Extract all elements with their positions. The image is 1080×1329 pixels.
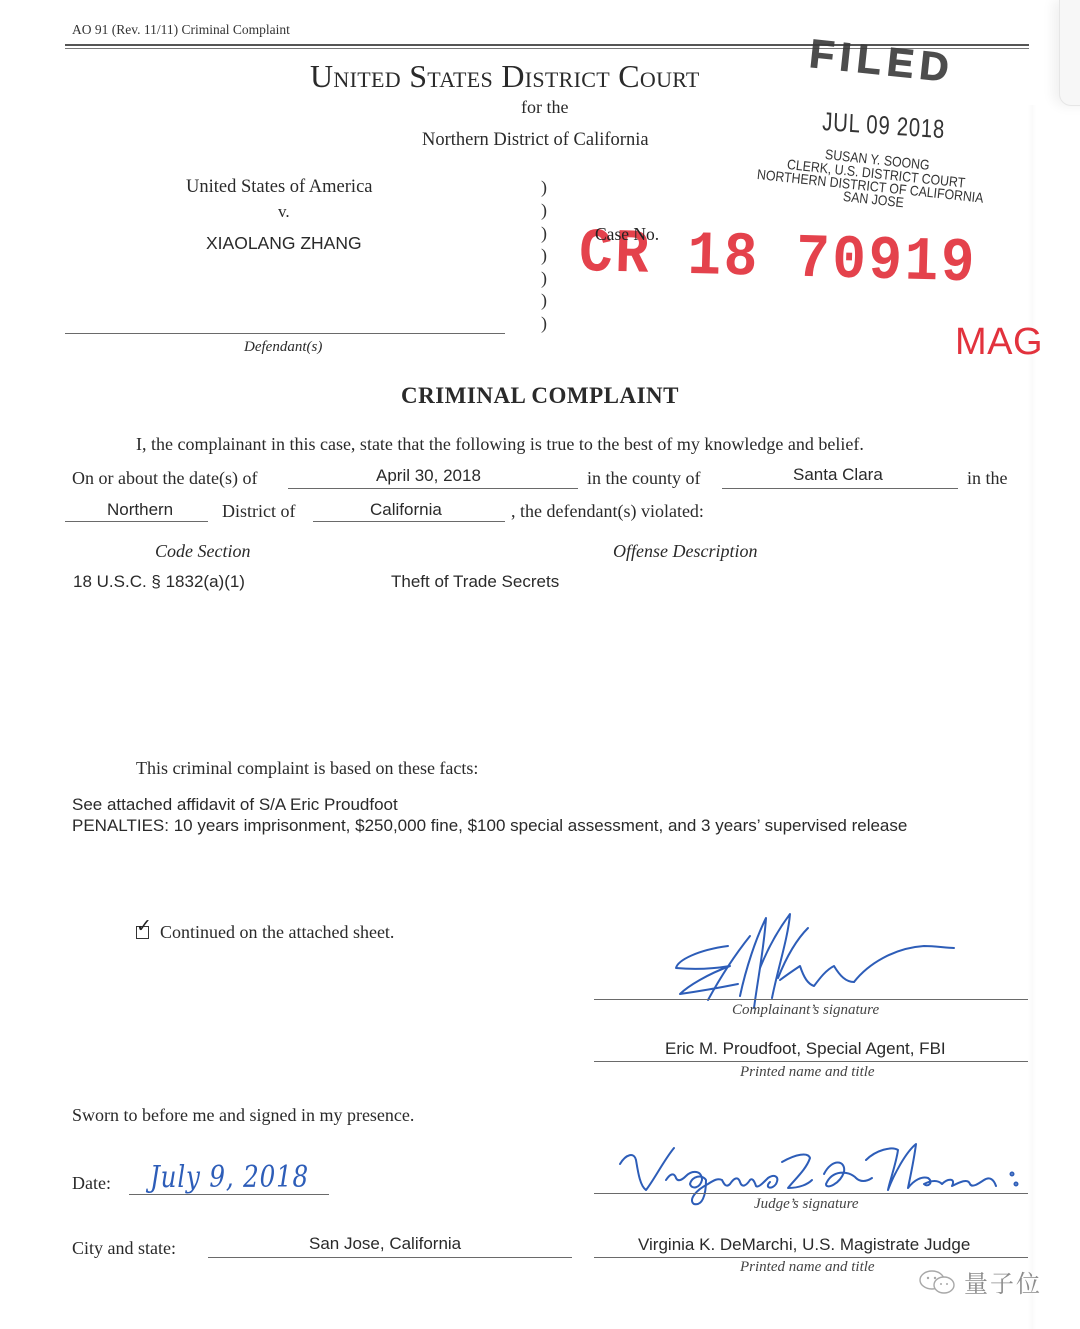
court-for-the: for the	[521, 97, 568, 118]
defendant-line	[65, 333, 505, 334]
judge-printed-name: Virginia K. DeMarchi, U.S. Magistrate Ju…	[638, 1235, 970, 1255]
caption-bracket: )	[541, 313, 547, 334]
continued-label: Continued on the attached sheet.	[160, 922, 394, 943]
form-identifier: AO 91 (Rev. 11/11) Criminal Complaint	[72, 22, 290, 38]
wechat-icon	[918, 1268, 958, 1296]
filed-stamp-date: JUL 09 2018	[822, 106, 946, 145]
state-field-line	[313, 521, 505, 522]
sworn-statement: Sworn to before me and signed in my pres…	[72, 1105, 414, 1126]
code-section-value: 18 U.S.C. § 1832(a)(1)	[73, 572, 245, 592]
sworn-date-line	[129, 1194, 329, 1195]
caption-bracket: )	[541, 200, 547, 221]
judge-signature-line	[594, 1193, 1028, 1194]
date-label: On or about the date(s) of	[72, 468, 257, 489]
case-no-label: Case No.	[595, 224, 659, 245]
complainant-signature-line	[594, 999, 1028, 1000]
sworn-date-label: Date:	[72, 1173, 111, 1194]
city-state-label: City and state:	[72, 1238, 176, 1259]
side-panel-edge	[1059, 0, 1080, 106]
defendant-label: Defendant(s)	[244, 339, 322, 356]
caption-bracket: )	[541, 223, 547, 244]
facts-line: PENALTIES: 10 years imprisonment, $250,0…	[72, 816, 907, 836]
date-field-line	[288, 488, 578, 489]
watermark: 量子位	[918, 1264, 1042, 1299]
offense-description-header: Offense Description	[613, 541, 757, 562]
facts-intro: This criminal complaint is based on thes…	[136, 758, 478, 779]
caption-bracket: )	[541, 245, 547, 266]
violated-label: , the defendant(s) violated:	[511, 501, 704, 522]
code-section-header: Code Section	[155, 541, 250, 562]
caption-bracket: )	[541, 177, 547, 198]
in-the-label: in the	[967, 468, 1008, 489]
versus: v.	[278, 202, 290, 222]
case-suffix-stamp: MAG	[955, 321, 1043, 364]
district-of-label: District of	[222, 501, 296, 522]
offense-description-value: Theft of Trade Secrets	[391, 572, 559, 592]
city-state-value: San Jose, California	[309, 1234, 461, 1254]
judge-name-line	[594, 1257, 1028, 1258]
complainant-statement: I, the complainant in this case, state t…	[136, 434, 864, 455]
document-title: CRIMINAL COMPLAINT	[401, 383, 679, 409]
sworn-date-handwritten: July 9, 2018	[150, 1160, 309, 1195]
county-field: Santa Clara	[793, 465, 883, 485]
county-label: in the county of	[587, 468, 700, 489]
state-field: California	[370, 500, 442, 520]
checkmark-icon: ✓	[136, 915, 152, 937]
caption-bracket: )	[541, 268, 547, 289]
court-district: Northern District of California	[422, 130, 649, 151]
offense-date-field: April 30, 2018	[376, 466, 481, 486]
complainant-signature-label: Complainant’s signature	[732, 1002, 879, 1019]
county-field-line	[722, 488, 958, 489]
caption-bracket: )	[541, 290, 547, 311]
defendant-name: XIAOLANG ZHANG	[206, 233, 362, 254]
district-field-line	[65, 521, 208, 522]
judge-signature-label: Judge’s signature	[754, 1196, 859, 1213]
judge-name-label: Printed name and title	[740, 1259, 875, 1276]
complainant-printed-name: Eric M. Proudfoot, Special Agent, FBI	[665, 1039, 946, 1059]
facts-line: See attached affidavit of S/A Eric Proud…	[72, 795, 398, 815]
watermark-text: 量子位	[964, 1264, 1042, 1299]
district-field: Northern	[107, 500, 173, 520]
filed-stamp: FILED	[807, 32, 956, 92]
plaintiff-name: United States of America	[186, 177, 373, 198]
complainant-name-line	[594, 1061, 1028, 1062]
court-title: United States District Court	[310, 58, 700, 95]
city-state-line	[208, 1257, 572, 1258]
complainant-name-label: Printed name and title	[740, 1064, 875, 1081]
